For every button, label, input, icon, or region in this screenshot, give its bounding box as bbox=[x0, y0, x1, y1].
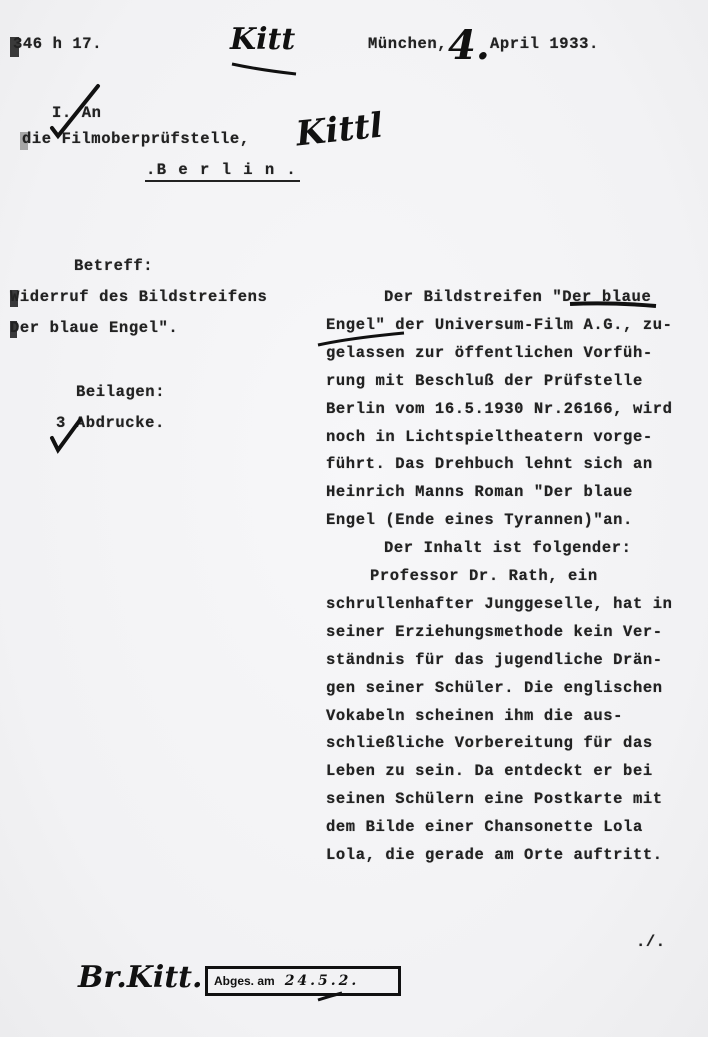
body-line: dem Bilde einer Chansonette Lola bbox=[326, 818, 643, 836]
subject-line-1: Widerruf des Bildstreifens bbox=[10, 288, 267, 306]
enclosures-label: Beilagen: bbox=[76, 383, 165, 401]
continuation-mark: ./. bbox=[636, 933, 666, 951]
addressee-line-1: I. An bbox=[52, 104, 102, 122]
enclosures-value: 3 Abdrucke. bbox=[56, 414, 165, 432]
body-line: rung mit Beschluß der Prüfstelle bbox=[326, 372, 643, 390]
stamp-date: 24.5.2. bbox=[285, 973, 360, 989]
subject-label: Betreff: bbox=[74, 257, 153, 275]
body-line: seiner Erziehungsmethode kein Ver- bbox=[326, 623, 663, 641]
handwritten-initials-top: Kitt bbox=[230, 22, 295, 57]
body-line: ständnis für das jugendliche Drän- bbox=[326, 651, 663, 669]
body-line: noch in Lichtspieltheatern vorge- bbox=[326, 428, 653, 446]
body-line: Der Bildstreifen "Der blaue bbox=[384, 288, 651, 306]
dispatch-stamp: Abges. am 24.5.2. bbox=[205, 966, 401, 996]
handwritten-day: 4. bbox=[448, 22, 490, 69]
body-line: Lola, die gerade am Orte auftritt. bbox=[326, 846, 663, 864]
body-line: führt. Das Drehbuch lehnt sich an bbox=[326, 455, 653, 473]
body-line: Engel" der Universum-Film A.G., zu- bbox=[326, 316, 673, 334]
body-line: schließliche Vorbereitung für das bbox=[326, 734, 653, 752]
body-line: gen seiner Schüler. Die englischen bbox=[326, 679, 663, 697]
addressee-city: .B e r l i n . bbox=[146, 161, 297, 179]
body-line: schrullenhafter Junggeselle, hat in bbox=[326, 595, 673, 613]
body-line: gelassen zur öffentlichen Vorfüh- bbox=[326, 344, 653, 362]
body-line: Vokabeln scheinen ihm die aus- bbox=[326, 707, 623, 725]
underline-stroke bbox=[232, 64, 296, 74]
body-line: Professor Dr. Rath, ein bbox=[370, 567, 598, 585]
subject-line-2: Der blaue Engel". bbox=[10, 319, 178, 337]
handwritten-initials-right: Kittl bbox=[294, 106, 385, 155]
handwritten-signature: Br.Kitt. bbox=[78, 960, 202, 995]
body-line: Der Inhalt ist folgender: bbox=[384, 539, 632, 557]
scanned-letter-page: 346 h 17. Kitt München, 4. April 1933. I… bbox=[0, 0, 708, 1037]
addressee-line-2: die Filmoberprüfstelle, bbox=[22, 130, 250, 148]
place-text: München, bbox=[368, 35, 447, 53]
body-line: Heinrich Manns Roman "Der blaue bbox=[326, 483, 633, 501]
body-line: Engel (Ende eines Tyrannen)"an. bbox=[326, 511, 633, 529]
city-underline bbox=[145, 180, 300, 182]
reference-number: 346 h 17. bbox=[13, 35, 102, 53]
body-line: Leben zu sein. Da entdeckt er bei bbox=[326, 762, 653, 780]
stamp-label: Abges. am bbox=[214, 974, 275, 988]
body-line: Berlin vom 16.5.1930 Nr.26166, wird bbox=[326, 400, 673, 418]
month-year-text: April 1933. bbox=[490, 35, 599, 53]
body-line: seinen Schülern eine Postkarte mit bbox=[326, 790, 663, 808]
